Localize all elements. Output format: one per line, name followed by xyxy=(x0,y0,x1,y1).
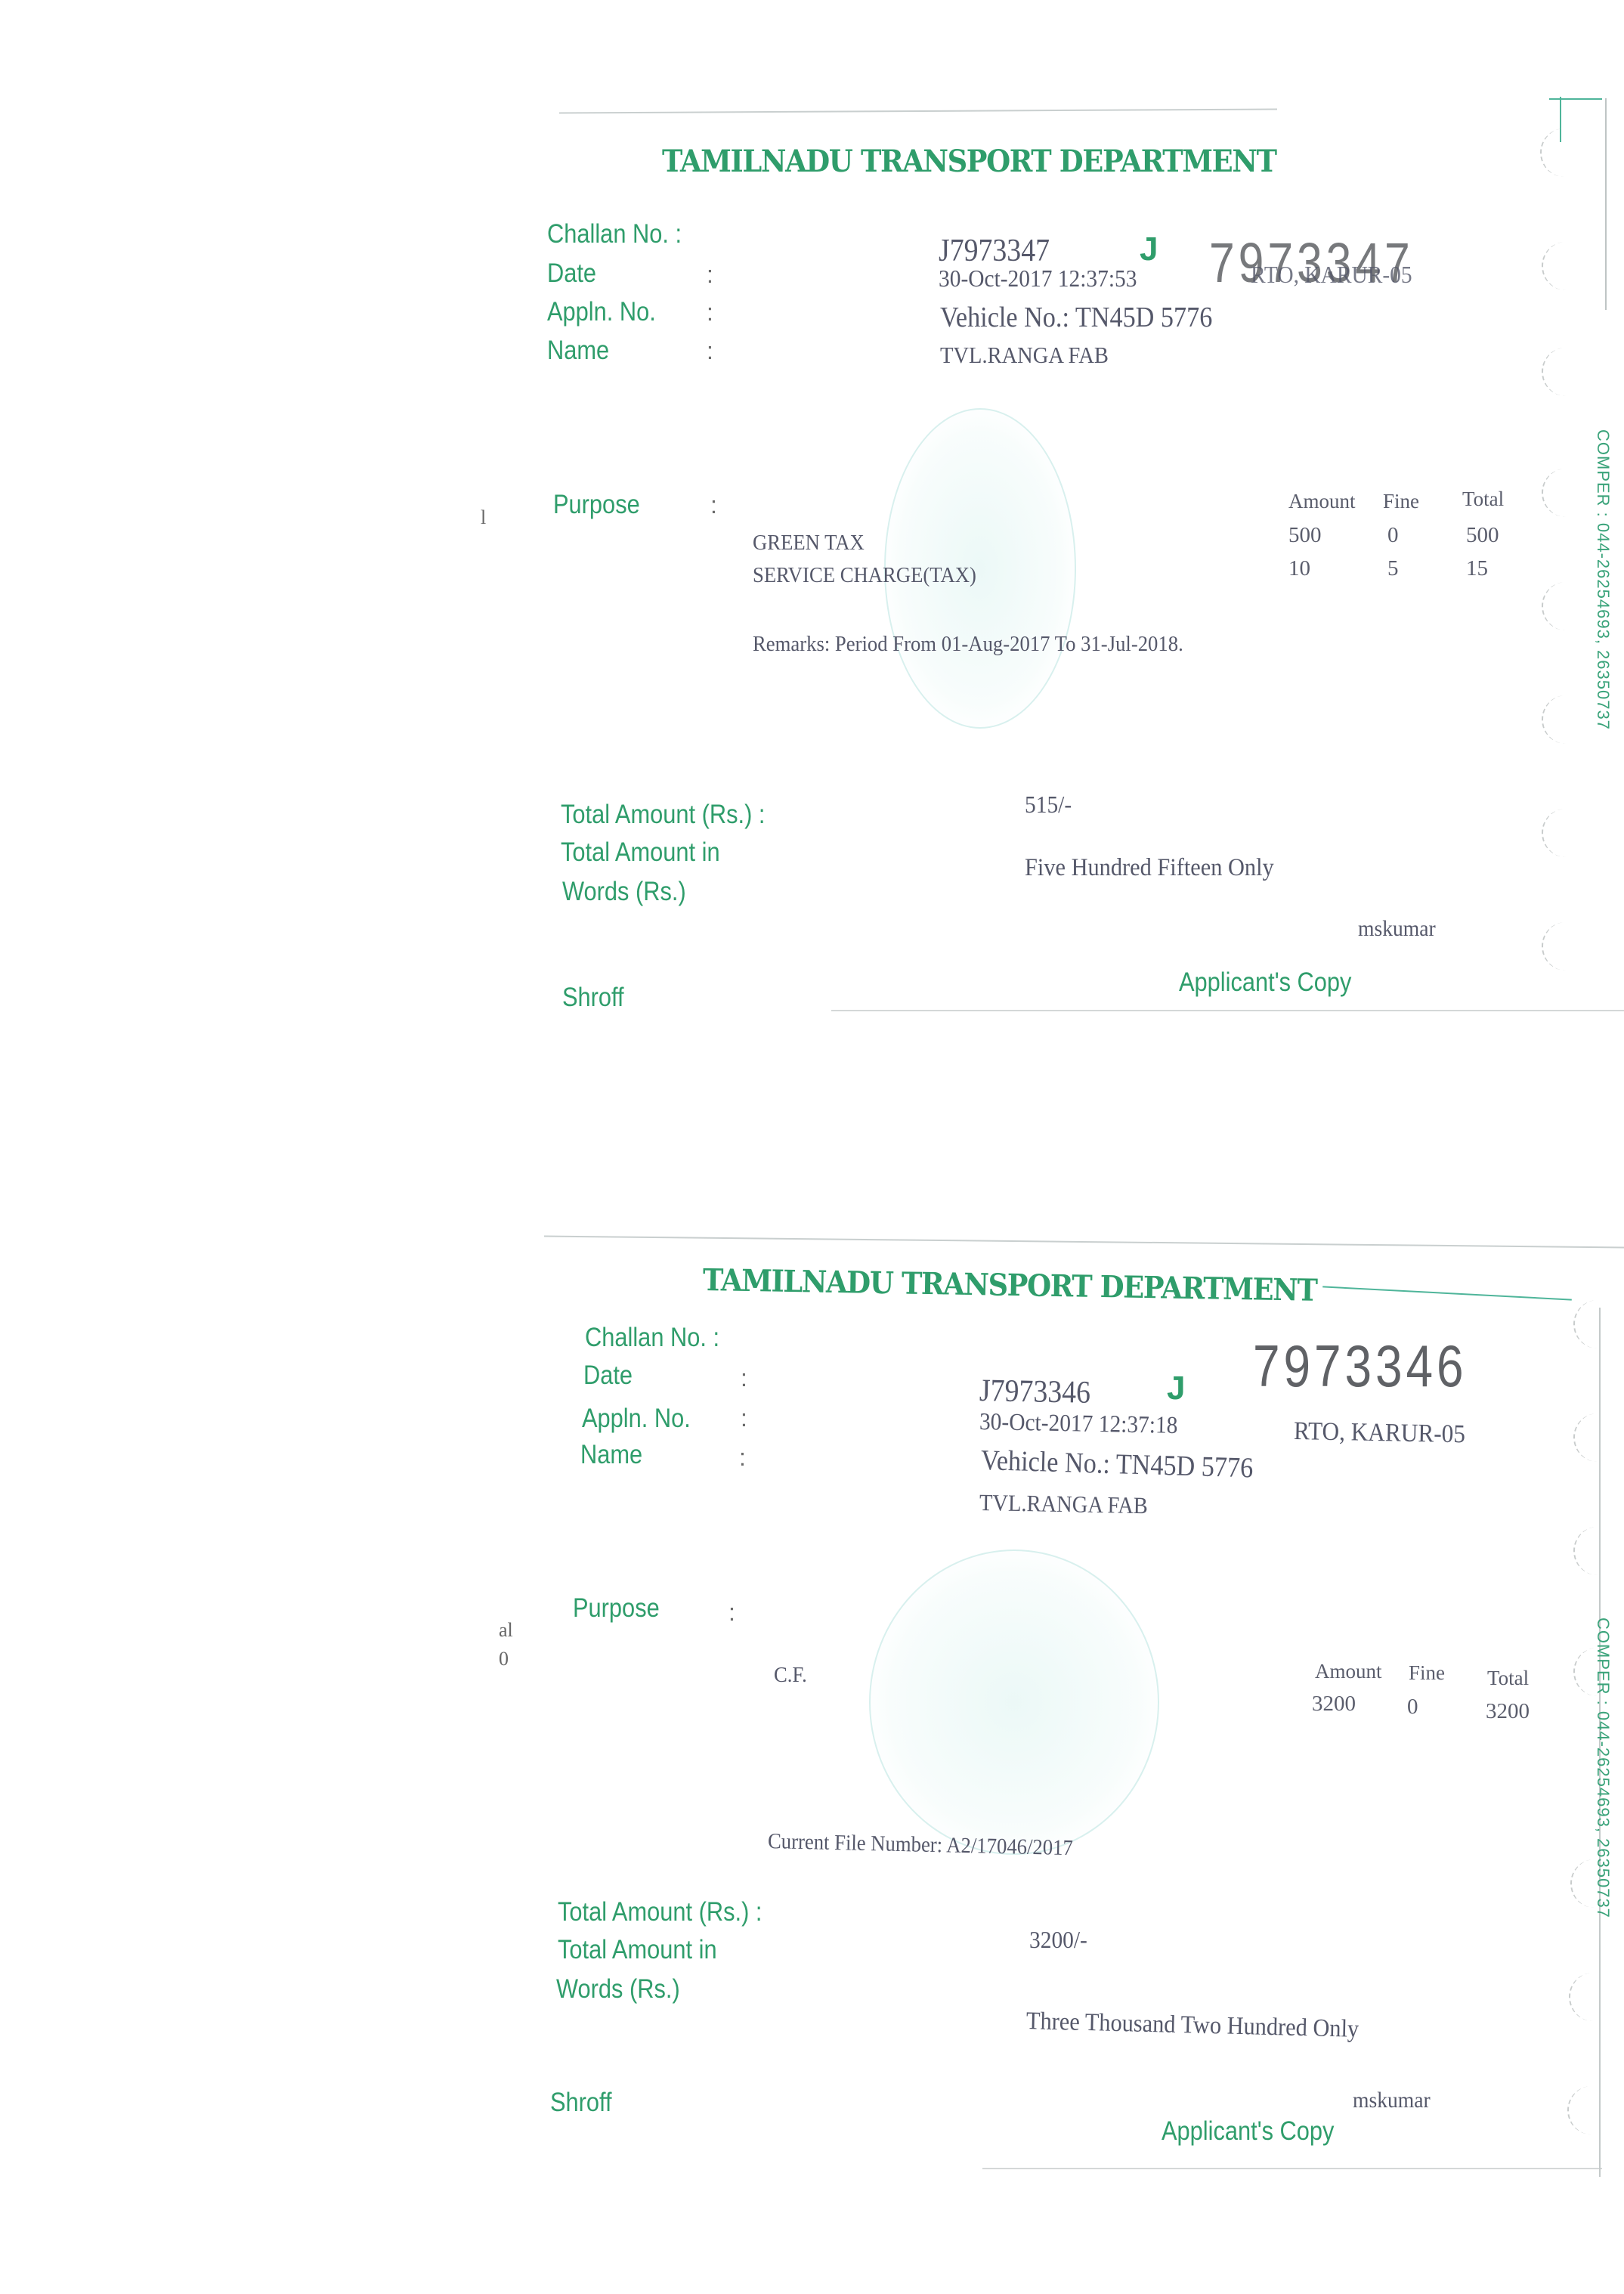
printer-imprint: COMPER : 044-26254693, 26350737 xyxy=(1593,429,1613,730)
col-total-header: Total xyxy=(1462,488,1504,511)
series-letter: J xyxy=(1140,231,1158,268)
binder-hole xyxy=(1542,809,1576,857)
top-tear-line xyxy=(559,109,1277,114)
appln-colon: : xyxy=(741,1404,747,1432)
challan-receipt-1: TAMILNADU TRANSPORT DEPARTMENT Challan N… xyxy=(0,0,1624,1096)
total-amount-value: 3200/- xyxy=(1029,1926,1087,1954)
bottom-tear-line xyxy=(982,2168,1602,2169)
binder-hole xyxy=(1573,1527,1608,1575)
binder-hole xyxy=(1542,242,1576,290)
date-label: Date xyxy=(547,259,596,289)
binder-hole xyxy=(1542,469,1576,517)
department-title: TAMILNADU TRANSPORT DEPARTMENT xyxy=(662,144,1276,179)
fee-total: 500 xyxy=(1466,523,1499,548)
rto-office: RTO, KARUR-05 xyxy=(1251,261,1412,289)
page-edge xyxy=(1605,98,1607,310)
binder-hole xyxy=(1573,1300,1608,1348)
fee-amount: 10 xyxy=(1288,556,1310,581)
binder-hole xyxy=(1542,695,1576,744)
government-seal-watermark xyxy=(869,1549,1159,1855)
challan-no-label: Challan No. : xyxy=(547,219,682,249)
binder-hole xyxy=(1540,128,1575,177)
challan-receipt-2: TAMILNADU TRANSPORT DEPARTMENT Challan N… xyxy=(0,1209,1624,2294)
binder-hole xyxy=(1573,1648,1608,1696)
purpose-label: Purpose xyxy=(573,1593,660,1624)
applicant-name: TVL.RANGA FAB xyxy=(940,342,1109,369)
operator-name: mskumar xyxy=(1353,2088,1431,2113)
challan-datetime: 30-Oct-2017 12:37:53 xyxy=(939,265,1137,293)
appln-no-label: Appln. No. xyxy=(582,1404,691,1434)
department-title: TAMILNADU TRANSPORT DEPARTMENT xyxy=(703,1262,1317,1308)
purpose-colon: : xyxy=(710,491,717,519)
challan-number: J7973347 xyxy=(939,233,1050,269)
col-fine-header: Fine xyxy=(1383,490,1419,513)
total-amount-label: Total Amount (Rs.) : xyxy=(561,800,765,830)
rto-office: RTO, KARUR-05 xyxy=(1294,1417,1466,1449)
name-label: Name xyxy=(580,1440,642,1470)
fee-purpose: SERVICE CHARGE(TAX) xyxy=(753,563,976,588)
total-amount-words: Five Hundred Fifteen Only xyxy=(1025,854,1274,882)
fee-fine: 0 xyxy=(1387,523,1399,548)
col-fine-header: Fine xyxy=(1409,1661,1445,1685)
total-words-label-2: Words (Rs.) xyxy=(562,877,686,907)
fee-fine: 5 xyxy=(1387,556,1399,581)
challan-number: J7973346 xyxy=(979,1373,1091,1411)
shroff-label: Shroff xyxy=(562,983,624,1013)
shroff-label: Shroff xyxy=(550,2088,612,2118)
vehicle-number: Vehicle No.: TN45D 5776 xyxy=(980,1444,1253,1484)
date-colon: : xyxy=(707,261,713,289)
top-tear-line xyxy=(544,1236,1624,1249)
col-amount-header: Amount xyxy=(1315,1660,1382,1683)
fee-purpose: C.F. xyxy=(774,1663,807,1688)
series-letter: J xyxy=(1167,1370,1185,1407)
total-words-label-2: Words (Rs.) xyxy=(556,1974,680,2005)
purpose-colon: : xyxy=(728,1599,735,1627)
total-words-label: Total Amount in xyxy=(561,837,720,868)
challan-no-label: Challan No. : xyxy=(585,1323,719,1353)
copy-label: Applicant's Copy xyxy=(1162,2116,1334,2147)
tear-edge xyxy=(1322,1286,1572,1300)
binder-hole xyxy=(1570,1859,1605,1908)
margin-mark: 0 xyxy=(499,1648,509,1670)
stamped-number: 7973346 xyxy=(1253,1332,1467,1401)
copy-label: Applicant's Copy xyxy=(1179,967,1351,998)
name-label: Name xyxy=(547,336,609,366)
margin-mark: al xyxy=(499,1619,513,1642)
purpose-label: Purpose xyxy=(553,490,640,520)
binder-mark xyxy=(1549,98,1602,100)
binder-hole xyxy=(1573,1413,1608,1462)
total-amount-words: Three Thousand Two Hundred Only xyxy=(1026,2008,1360,2044)
appln-no-label: Appln. No. xyxy=(547,297,656,327)
binder-hole xyxy=(1542,922,1576,971)
binder-hole xyxy=(1542,582,1576,630)
date-label: Date xyxy=(583,1361,633,1391)
operator-name: mskumar xyxy=(1358,916,1436,942)
remarks: Remarks: Period From 01-Aug-2017 To 31-J… xyxy=(753,632,1183,657)
fee-amount: 500 xyxy=(1288,523,1322,548)
challan-datetime: 30-Oct-2017 12:37:18 xyxy=(979,1407,1178,1439)
name-colon: : xyxy=(707,337,713,365)
total-words-label: Total Amount in xyxy=(558,1935,717,1965)
name-colon: : xyxy=(739,1444,746,1472)
margin-mark: l xyxy=(481,506,486,529)
fee-purpose: GREEN TAX xyxy=(753,531,865,556)
total-amount-label: Total Amount (Rs.) : xyxy=(558,1897,762,1927)
binder-hole xyxy=(1542,348,1576,396)
appln-colon: : xyxy=(707,299,713,327)
col-amount-header: Amount xyxy=(1288,490,1356,513)
fee-total: 3200 xyxy=(1486,1699,1530,1724)
applicant-name: TVL.RANGA FAB xyxy=(979,1489,1148,1519)
col-total-header: Total xyxy=(1487,1667,1529,1690)
fee-total: 15 xyxy=(1466,556,1488,581)
date-colon: : xyxy=(741,1364,747,1392)
bottom-tear-line xyxy=(831,1010,1624,1011)
vehicle-number: Vehicle No.: TN45D 5776 xyxy=(940,301,1212,334)
total-amount-value: 515/- xyxy=(1025,791,1072,819)
binder-hole xyxy=(1569,1973,1604,2021)
binder-hole xyxy=(1567,2086,1602,2135)
fee-fine: 0 xyxy=(1407,1695,1418,1720)
fee-amount: 3200 xyxy=(1312,1692,1356,1717)
